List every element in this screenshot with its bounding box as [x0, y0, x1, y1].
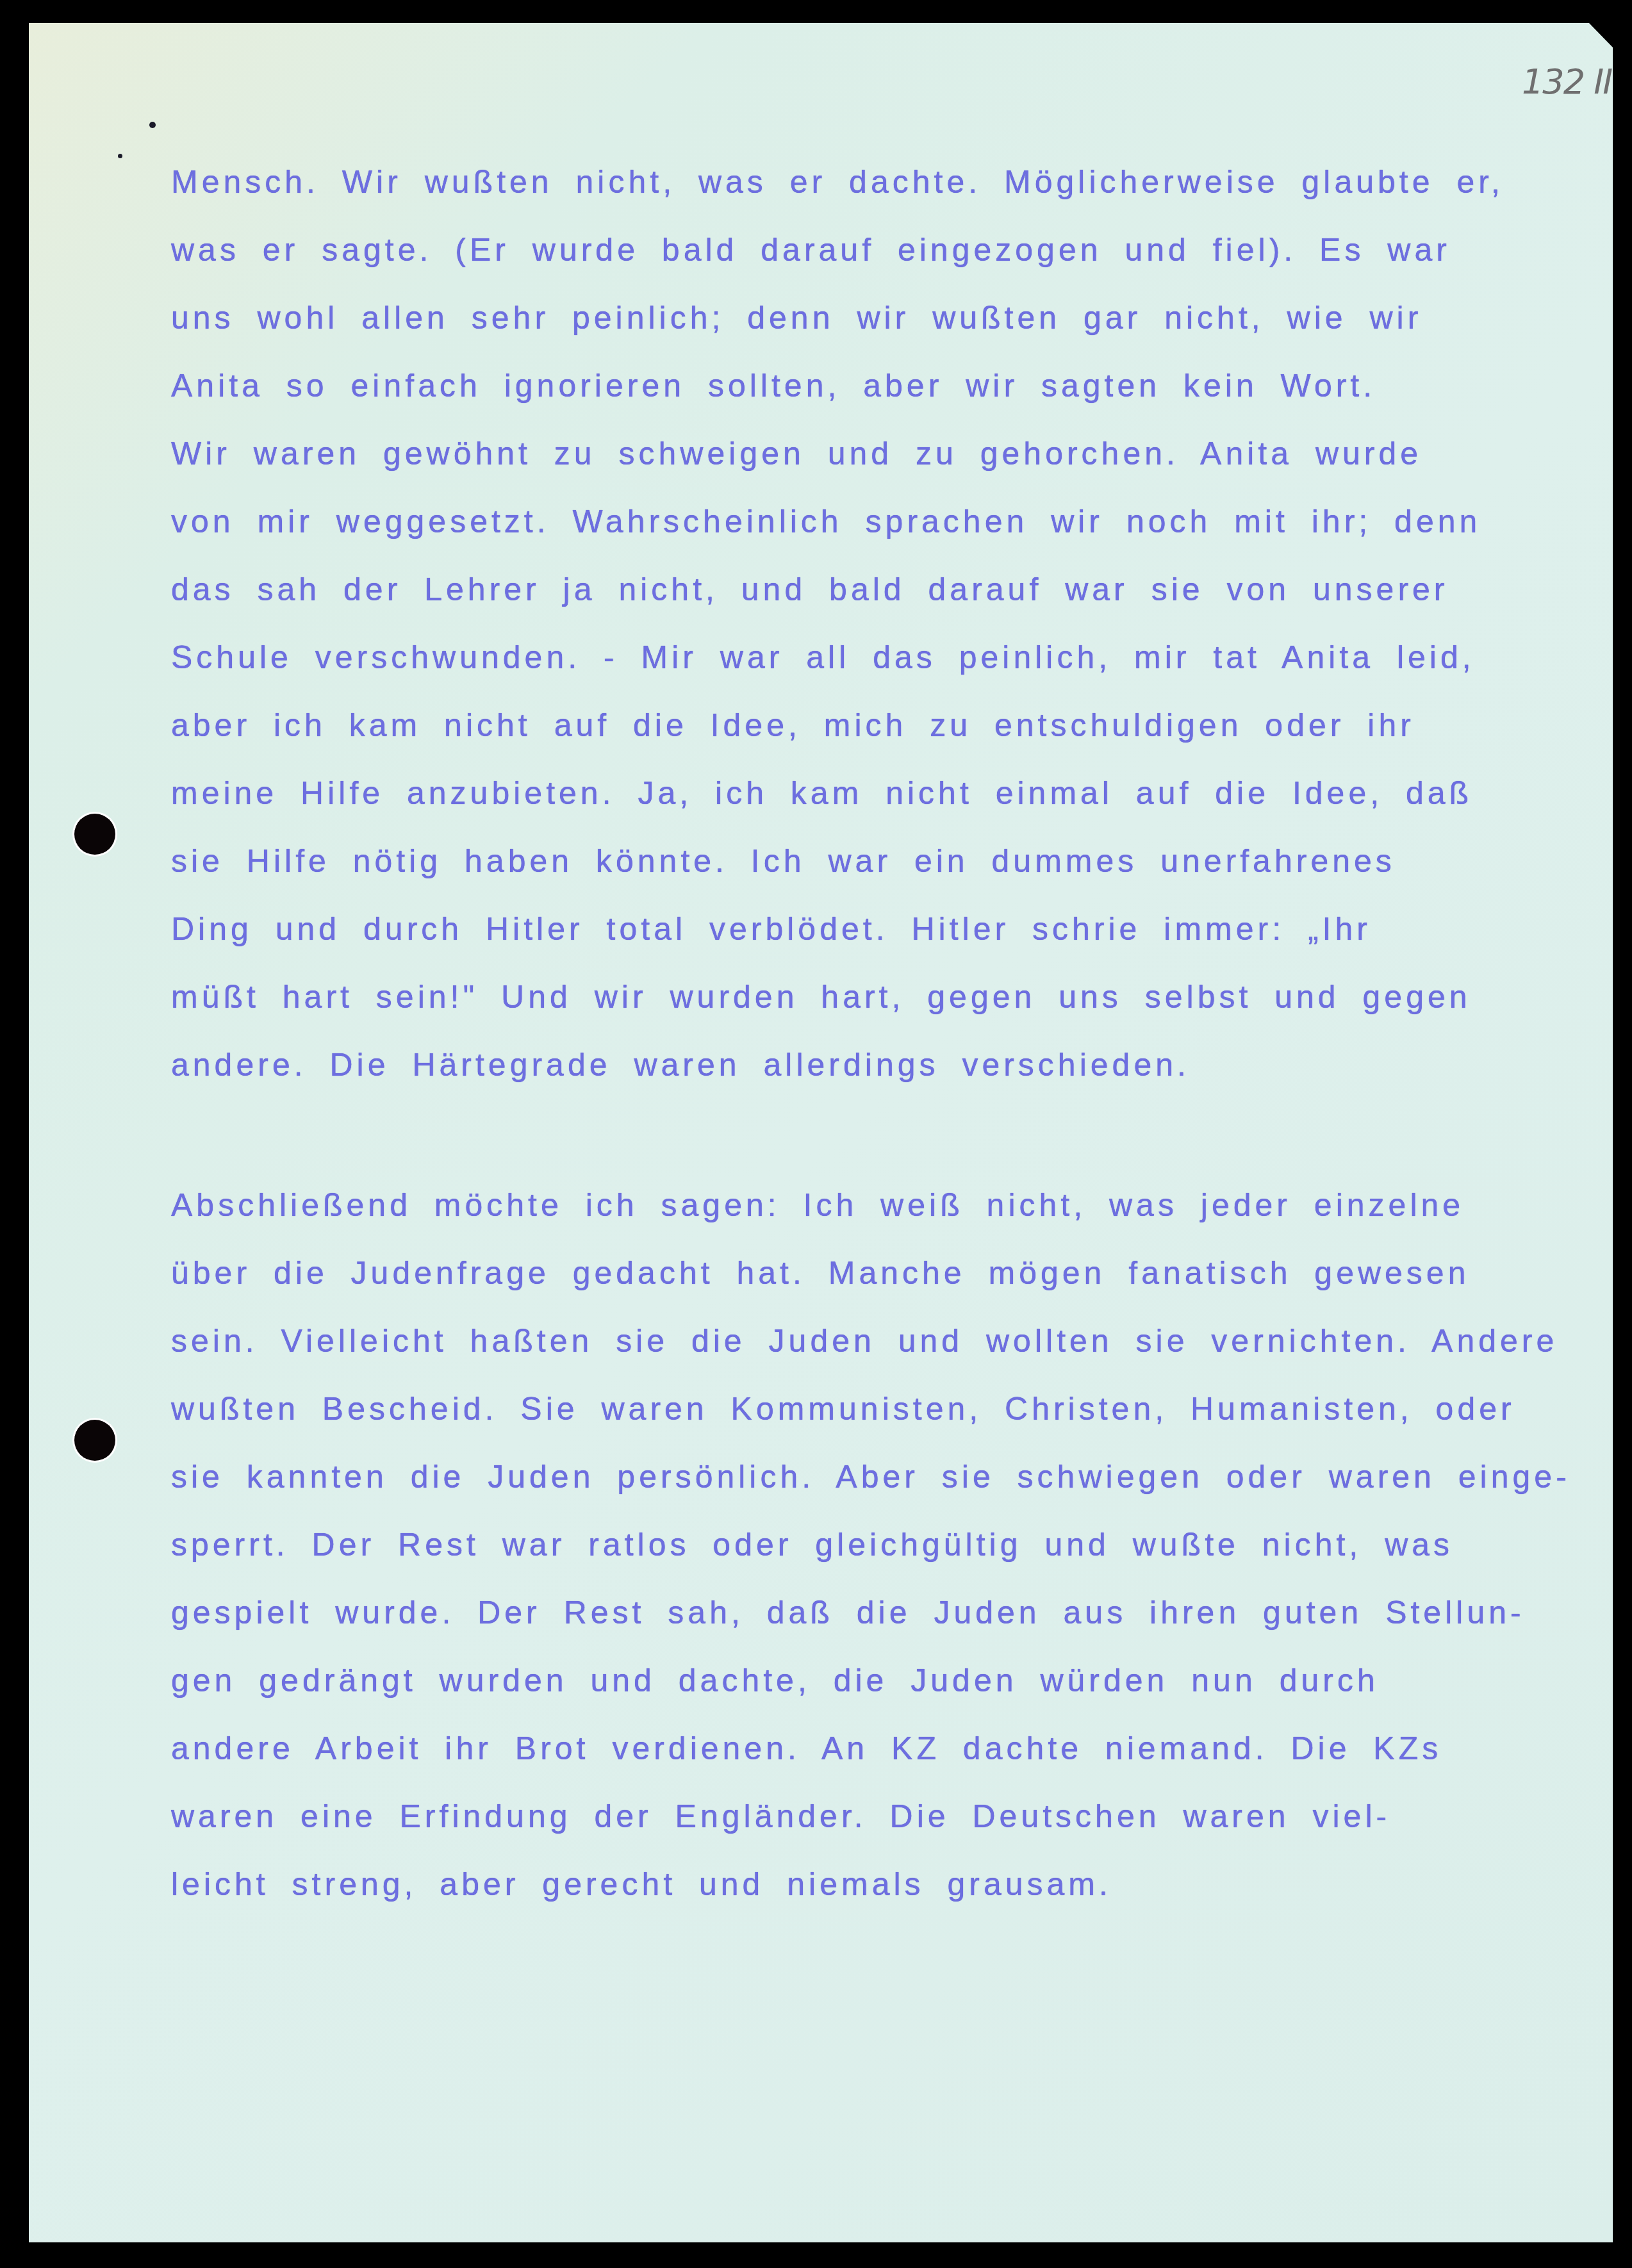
ink-dot — [118, 154, 122, 158]
text-line: was er sagte. (Er wurde bald darauf eing… — [171, 216, 1606, 284]
text-line: wußten Bescheid. Sie waren Kommunisten, … — [171, 1375, 1606, 1443]
text-line: Anita so einfach ignorieren sollten, abe… — [171, 352, 1606, 420]
ink-dot — [149, 122, 156, 128]
text-line: Ding und durch Hitler total verblödet. H… — [171, 895, 1606, 963]
page-number: 132 II — [1522, 62, 1611, 102]
paragraph-2: Abschließend möchte ich sagen: Ich weiß … — [171, 1171, 1606, 1918]
paragraph-1: Mensch. Wir wußten nicht, was er dachte.… — [171, 148, 1606, 1099]
text-line: gen gedrängt wurden und dachte, die Jude… — [171, 1647, 1606, 1714]
text-line: meine Hilfe anzubieten. Ja, ich kam nich… — [171, 759, 1606, 827]
text-line: aber ich kam nicht auf die Idee, mich zu… — [171, 691, 1606, 759]
text-line: Schule verschwunden. - Mir war all das p… — [171, 623, 1606, 691]
text-line: leicht streng, aber gerecht und niemals … — [171, 1850, 1606, 1918]
text-line: über die Judenfrage gedacht hat. Manche … — [171, 1239, 1606, 1307]
text-line: sie Hilfe nötig haben könnte. Ich war ei… — [171, 827, 1606, 895]
text-line: waren eine Erfindung der Engländer. Die … — [171, 1782, 1606, 1850]
handwritten-page: 132 II Mensch. Wir wußten nicht, was er … — [29, 23, 1613, 2242]
text-line: sein. Vielleicht haßten sie die Juden un… — [171, 1307, 1606, 1375]
text-line: andere Arbeit ihr Brot verdienen. An KZ … — [171, 1714, 1606, 1782]
text-line: von mir weggesetzt. Wahrscheinlich sprac… — [171, 488, 1606, 555]
text-line: sie kannten die Juden persönlich. Aber s… — [171, 1443, 1606, 1511]
text-line: Wir waren gewöhnt zu schweigen und zu ge… — [171, 420, 1606, 488]
text-line: Abschließend möchte ich sagen: Ich weiß … — [171, 1171, 1606, 1239]
text-line: uns wohl allen sehr peinlich; denn wir w… — [171, 284, 1606, 352]
punch-hole — [74, 814, 115, 855]
text-line: andere. Die Härtegrade waren allerdings … — [171, 1031, 1606, 1099]
text-line: sperrt. Der Rest war ratlos oder gleichg… — [171, 1511, 1606, 1579]
punch-hole — [74, 1420, 115, 1461]
text-line: müßt hart sein!" Und wir wurden hart, ge… — [171, 963, 1606, 1031]
text-line: gespielt wurde. Der Rest sah, daß die Ju… — [171, 1579, 1606, 1647]
text-line: Mensch. Wir wußten nicht, was er dachte.… — [171, 148, 1606, 216]
text-line: das sah der Lehrer ja nicht, und bald da… — [171, 555, 1606, 623]
